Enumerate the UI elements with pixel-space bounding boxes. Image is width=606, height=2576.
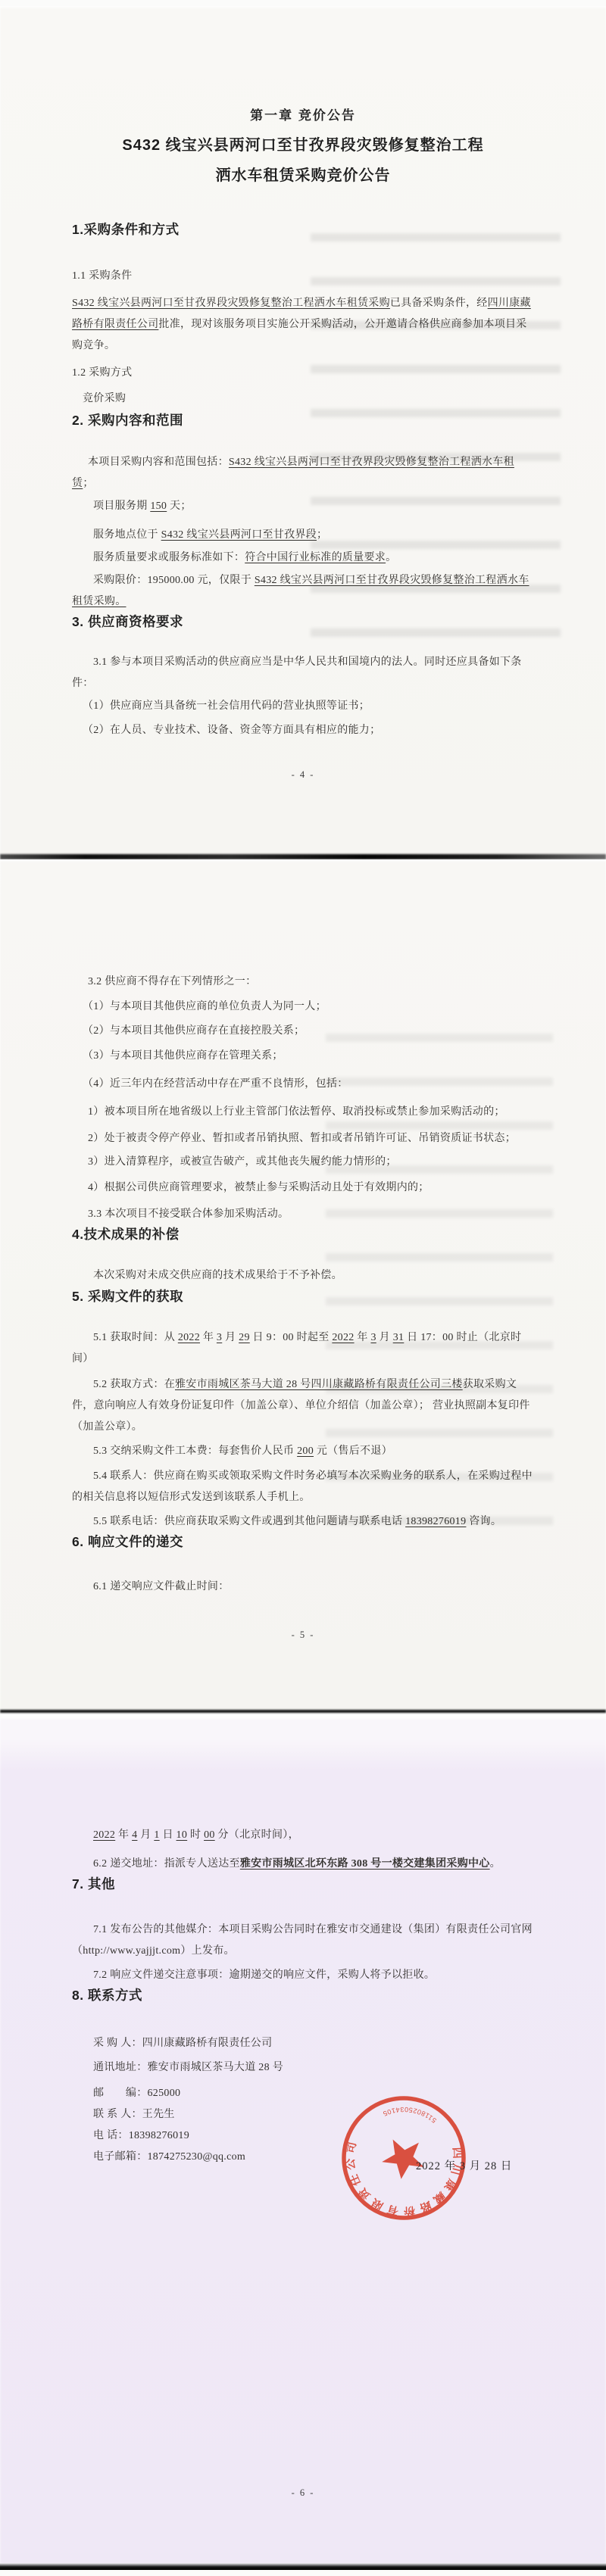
text-segment: 5.4 联系人：供应商在购买或领取采购文件时务必填写本次采购业务的联系人，在采购… bbox=[72, 1470, 533, 1503]
text-segment: 5.3 交纳采购文件工本费：每套售价人民币 bbox=[93, 1445, 297, 1457]
text-segment: 7.1 发布公告的其他媒介：本项目采购公告同时在雅安市交通建设（集团）有限责任公… bbox=[72, 1924, 533, 1957]
section-5-heading: 5. 采购文件的获取 bbox=[72, 1287, 534, 1305]
text-segment: 3.1 参与本项目采购活动的供应商应当是中华人民共和国境内的法人。同时还应具备如… bbox=[72, 656, 522, 689]
clause-1-1: 1.1 采购条件 bbox=[72, 266, 534, 287]
text-segment: 服务地点位于 bbox=[93, 529, 161, 541]
document-page-5: 3.2 供应商不得存在下列情形之一：（1）与本项目其他供应商的单位负责人为同一人… bbox=[0, 859, 606, 1710]
signature-date: 2022 年 3 月 28 日 bbox=[416, 2157, 512, 2173]
clause-5-3: 5.3 交纳采购文件工本费：每套售价人民币 200 元（售后不退） bbox=[72, 1441, 534, 1462]
clause-3-2-item4: （4）近三年内在经营活动中存在严重不良情形，包括： bbox=[72, 1074, 534, 1095]
text-segment: 日 9：00 时起至 bbox=[250, 1332, 333, 1343]
text-segment: 项目服务期 bbox=[93, 501, 150, 512]
text-segment: 月 bbox=[376, 1332, 393, 1343]
seal-company-text: 四川康藏路桥有限责任公司 bbox=[336, 2132, 466, 2225]
text-segment: 分（北京时间）， bbox=[215, 1829, 299, 1841]
clause-6-1-deadline: 2022 年 4 月 1 日 10 时 00 分（北京时间）， bbox=[72, 1825, 534, 1846]
text-segment: 29 bbox=[239, 1332, 250, 1343]
page-number: - 4 - bbox=[0, 769, 606, 781]
text-segment: S432 线宝兴县两河口至甘孜界段灾毁修复整治工程洒水车租赁采购 bbox=[72, 298, 390, 309]
text-segment: 雅安市雨城区北环东路 308 号一楼交建集团采购中心 bbox=[240, 1858, 490, 1870]
text-segment: 3）进入清算程序，或被宣告破产，或其他丧失履约能力情形的； bbox=[88, 1156, 397, 1168]
page-6-content: 2022 年 4 月 1 日 10 时 00 分（北京时间），6.2 递交地址：… bbox=[0, 1717, 606, 2168]
text-segment: 3 bbox=[370, 1332, 376, 1343]
text-segment: 7.2 响应文件递交注意事项：逾期递交的响应文件，采购人将予以拒收。 bbox=[93, 1969, 435, 1981]
chapter-heading: 第一章 竞价公告 bbox=[72, 104, 534, 123]
text-segment: 2022 bbox=[178, 1332, 200, 1343]
text-segment: 电 话：18398276019 bbox=[93, 2130, 189, 2141]
clause-5-5: 5.5 联系电话：供应商获取采购文件或遇到其他问题请与联系电话 18398276… bbox=[72, 1511, 534, 1533]
text-segment: 200 bbox=[297, 1445, 314, 1457]
scanned-document: { "seal": { "company": "四川康藏路桥有限责任公司", "… bbox=[0, 6, 606, 2576]
text-segment: 3. 供应商资格要求 bbox=[72, 614, 183, 629]
doc-title-line2: 洒水车租赁采购竞价公告 bbox=[72, 166, 534, 186]
clause-3-2-item3: （3）与本项目其他供应商存在管理关系； bbox=[72, 1046, 534, 1067]
text-segment: 3.2 供应商不得存在下列情形之一： bbox=[88, 976, 256, 987]
text-segment: 150 bbox=[150, 501, 167, 512]
text-segment: 1 bbox=[154, 1829, 159, 1841]
text-segment: 本项目采购内容和范围包括： bbox=[88, 457, 229, 468]
contact-address: 通讯地址：雅安市雨城区茶马大道 28 号 bbox=[72, 2057, 534, 2079]
contact-purchaser: 采 购 人：四川康藏路桥有限责任公司 bbox=[72, 2033, 534, 2054]
text-segment: 10 bbox=[176, 1829, 188, 1841]
text-segment: 第一章 竞价公告 bbox=[250, 108, 356, 123]
text-segment: 年 bbox=[200, 1332, 217, 1343]
scope-body: 本项目采购内容和范围包括：S432 线宝兴县两河口至甘孜界段灾毁修复整治工程洒水… bbox=[72, 452, 534, 494]
text-segment: 符合中国行业标准的质量要求 bbox=[245, 552, 386, 563]
clause-6-1: 6.1 递交响应文件截止时间： bbox=[72, 1576, 534, 1598]
text-segment: 已具备采购条件，经 bbox=[390, 298, 488, 309]
text-segment: 5. 采购文件的获取 bbox=[72, 1289, 183, 1304]
clause-5-4: 5.4 联系人：供应商在购买或领取采购文件时务必填写本次采购业务的联系人，在采购… bbox=[72, 1466, 534, 1508]
text-segment: 本次采购对未成交供应商的技术成果给于不予补偿。 bbox=[93, 1270, 342, 1281]
text-segment: 7. 其他 bbox=[72, 1876, 115, 1891]
text-segment: 5.5 联系电话：供应商获取采购文件或遇到其他问题请与联系电话 bbox=[93, 1516, 405, 1527]
page-4-content: 第一章 竞价公告S432 线宝兴县两河口至甘孜界段灾毁修复整治工程洒水车租赁采购… bbox=[0, 6, 606, 741]
text-segment: 6.1 递交响应文件截止时间： bbox=[93, 1581, 230, 1592]
text-segment: 洒水车租赁采购竞价公告 bbox=[216, 167, 391, 184]
svg-text:四川康藏路桥有限责任公司: 四川康藏路桥有限责任公司 bbox=[336, 2132, 466, 2225]
section-1-heading: 1.采购条件和方式 bbox=[72, 220, 534, 239]
text-segment: 6.2 递交地址：指派专人送达至 bbox=[93, 1858, 240, 1870]
text-segment: 联 系 人：王先生 bbox=[93, 2109, 175, 2120]
text-segment: （1）供应商应当具备统一社会信用代码的营业执照等证书； bbox=[83, 700, 370, 712]
clause-3-2-item1: （1）与本项目其他供应商的单位负责人为同一人； bbox=[72, 996, 534, 1018]
clause-3-1-item2: （2）在人员、专业技术、设备、资金等方面具有相应的能力； bbox=[72, 720, 534, 741]
text-segment: 2）处于被责令停产停业、暂扣或者吊销执照、暂扣或者吊销许可证、吊销资质证书状态； bbox=[88, 1133, 516, 1144]
text-segment: 3.3 本次项目不接受联合体参加采购活动。 bbox=[88, 1208, 289, 1220]
text-segment: 月 bbox=[222, 1332, 239, 1343]
text-segment: - 5 - bbox=[292, 1629, 315, 1640]
doc-title-line1: S432 线宝兴县两河口至甘孜界段灾毁修复整治工程 bbox=[72, 136, 534, 155]
clause-5-2: 5.2 获取方式：在雅安市雨城区茶马大道 28 号四川康藏路桥有限责任公司三楼获… bbox=[72, 1374, 534, 1438]
text-segment: （3）与本项目其他供应商存在管理关系； bbox=[83, 1050, 283, 1062]
text-segment: 8. 联系方式 bbox=[72, 1988, 142, 2003]
text-segment: （4）近三年内在经营活动中存在严重不良情形，包括： bbox=[83, 1078, 348, 1090]
text-segment: 2. 采购内容和范围 bbox=[72, 413, 183, 428]
text-segment: 通讯地址：雅安市雨城区茶马大道 28 号 bbox=[93, 2062, 283, 2073]
text-segment: 2022 年 3 月 28 日 bbox=[416, 2160, 512, 2172]
text-segment: ； bbox=[317, 529, 327, 541]
clause-7-1: 7.1 发布公告的其他媒介：本项目采购公告同时在雅安市交通建设（集团）有限责任公… bbox=[72, 1920, 534, 1962]
document-page-6: 2022 年 4 月 1 日 10 时 00 分（北京时间），6.2 递交地址：… bbox=[0, 1717, 606, 2563]
text-segment: （2）在人员、专业技术、设备、资金等方面具有相应的能力； bbox=[83, 725, 380, 736]
price-limit: 采购限价：195000.00 元，仅限于 S432 线宝兴县两河口至甘孜界段灾毁… bbox=[72, 570, 534, 613]
text-segment: 雅安市雨城区茶马大道 28 号四川康藏路桥有限责任公司三楼 bbox=[175, 1379, 463, 1390]
text-segment: 2022 bbox=[93, 1829, 115, 1841]
section-8-heading: 8. 联系方式 bbox=[72, 1986, 534, 2004]
text-segment: 采 购 人：四川康藏路桥有限责任公司 bbox=[93, 2038, 272, 2049]
clause-3-2: 3.2 供应商不得存在下列情形之一： bbox=[72, 971, 534, 993]
text-segment: （1）与本项目其他供应商的单位负责人为同一人； bbox=[83, 1001, 326, 1012]
service-location: 服务地点位于 S432 线宝兴县两河口至甘孜界段； bbox=[72, 525, 534, 546]
page-number: - 5 - bbox=[0, 1629, 606, 1641]
text-segment: S432 线宝兴县两河口至甘孜界段 bbox=[161, 529, 317, 541]
page-5-content: 3.2 供应商不得存在下列情形之一：（1）与本项目其他供应商的单位负责人为同一人… bbox=[0, 859, 606, 1598]
text-segment: 1.采购条件和方式 bbox=[72, 222, 180, 237]
clause-1-2-body: 竞价采购 bbox=[72, 388, 534, 410]
text-segment: 。 bbox=[490, 1858, 501, 1870]
text-segment: 服务质量要求或服务标准如下： bbox=[93, 552, 245, 563]
page-separator bbox=[0, 1710, 606, 1717]
text-segment: 采购限价：195000.00 元，仅限于 bbox=[93, 575, 255, 586]
text-segment: 日 bbox=[160, 1829, 176, 1841]
text-segment: 6. 响应文件的递交 bbox=[72, 1534, 183, 1549]
text-segment: 年 bbox=[355, 1332, 371, 1343]
text-segment: - 6 - bbox=[292, 2487, 315, 2498]
text-segment: 1）被本项目所在地省级以上行业主管部门依法暂停、取消投标或禁止参加采购活动的； bbox=[88, 1106, 505, 1118]
section-2-heading: 2. 采购内容和范围 bbox=[72, 411, 534, 429]
text-segment: 1.2 采购方式 bbox=[72, 367, 132, 379]
text-segment: 邮 编：625000 bbox=[93, 2088, 180, 2099]
clause-3-1: 3.1 参与本项目采购活动的供应商应当是中华人民共和国境内的法人。同时还应具备如… bbox=[72, 652, 534, 694]
text-segment: 5.1 获取时间：从 bbox=[93, 1332, 178, 1343]
clause-1-1-body: S432 线宝兴县两河口至甘孜界段灾毁修复整治工程洒水车租赁采购已具备采购条件，… bbox=[72, 293, 534, 357]
section-6-heading: 6. 响应文件的递交 bbox=[72, 1533, 534, 1551]
clause-3-2-item2: （2）与本项目其他供应商存在直接控股关系； bbox=[72, 1021, 534, 1042]
section-3-heading: 3. 供应商资格要求 bbox=[72, 613, 534, 631]
text-segment: 咨询。 bbox=[466, 1516, 501, 1527]
clause-5-1: 5.1 获取时间：从 2022 年 3 月 29 日 9：00 时起至 2022… bbox=[72, 1327, 534, 1370]
text-segment: （2）与本项目其他供应商存在直接控股关系； bbox=[83, 1025, 305, 1037]
clause-1-2: 1.2 采购方式 bbox=[72, 363, 534, 384]
text-segment: 2022 bbox=[332, 1332, 354, 1343]
service-quality: 服务质量要求或服务标准如下：符合中国行业标准的质量要求。 bbox=[72, 547, 534, 569]
text-segment: 18398276019 bbox=[405, 1516, 466, 1527]
clause-3-1-item1: （1）供应商应当具备统一社会信用代码的营业执照等证书； bbox=[72, 696, 534, 717]
document-page-4: 第一章 竞价公告S432 线宝兴县两河口至甘孜界段灾毁修复整治工程洒水车租赁采购… bbox=[0, 6, 606, 854]
page-separator bbox=[0, 854, 606, 859]
text-segment: 4）根据公司供应商管理要求，被禁止参与采购活动且处于有效期内的； bbox=[88, 1182, 430, 1193]
text-segment: S432 线宝兴县两河口至甘孜界段灾毁修复整治工程 bbox=[122, 137, 483, 154]
clause-3-2-sub4: 4）根据公司供应商管理要求，被禁止参与采购活动且处于有效期内的； bbox=[72, 1177, 534, 1199]
text-segment: 电子邮箱：1874275230@qq.com bbox=[93, 2151, 245, 2163]
text-segment: 天； bbox=[167, 501, 191, 512]
text-segment: 。 bbox=[386, 552, 396, 563]
text-segment: 元（售后不退） bbox=[314, 1445, 392, 1457]
page-number: - 6 - bbox=[0, 2487, 606, 2499]
text-segment: - 4 - bbox=[292, 769, 315, 780]
section-4-heading: 4.技术成果的补偿 bbox=[72, 1225, 534, 1243]
text-segment: 月 bbox=[137, 1829, 154, 1841]
text-segment: 00 bbox=[204, 1829, 215, 1841]
text-segment: 时 bbox=[187, 1829, 204, 1841]
text-segment: 31 bbox=[393, 1332, 405, 1343]
clause-3-3: 3.3 本次项目不接受联合体参加采购活动。 bbox=[72, 1204, 534, 1225]
clause-3-2-sub3: 3）进入清算程序，或被宣告破产，或其他丧失履约能力情形的； bbox=[72, 1152, 534, 1173]
clause-7-2: 7.2 响应文件递交注意事项：逾期递交的响应文件，采购人将予以拒收。 bbox=[72, 1965, 534, 1986]
text-segment: ； bbox=[83, 478, 93, 489]
section-7-heading: 7. 其他 bbox=[72, 1875, 534, 1893]
clause-4-body: 本次采购对未成交供应商的技术成果给于不予补偿。 bbox=[72, 1265, 534, 1286]
clause-3-2-sub1: 1）被本项目所在地省级以上行业主管部门依法暂停、取消投标或禁止参加采购活动的； bbox=[72, 1102, 534, 1123]
text-segment: 4.技术成果的补偿 bbox=[72, 1227, 180, 1242]
text-segment: 5.2 获取方式：在 bbox=[93, 1379, 175, 1390]
text-segment: 1.1 采购条件 bbox=[72, 270, 132, 282]
text-segment: 年 bbox=[115, 1829, 132, 1841]
clause-6-2: 6.2 递交地址：指派专人送达至雅安市雨城区北环东路 308 号一楼交建集团采购… bbox=[72, 1854, 534, 1875]
service-period: 项目服务期 150 天； bbox=[72, 496, 534, 517]
clause-3-2-sub2: 2）处于被责令停产停业、暂扣或者吊销执照、暂扣或者吊销许可证、吊销资质证书状态； bbox=[72, 1128, 534, 1149]
text-segment: 竞价采购 bbox=[83, 393, 126, 404]
scan-bottom-edge bbox=[0, 2563, 606, 2570]
